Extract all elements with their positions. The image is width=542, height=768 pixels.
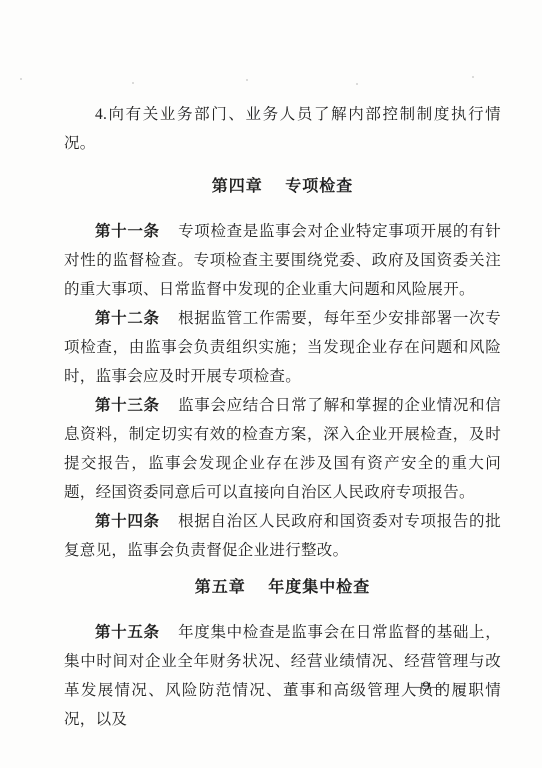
scan-speckle bbox=[246, 79, 248, 81]
article-label: 第十三条 bbox=[95, 397, 160, 414]
article-13-paragraph: 第十三条 监事会应结合日常了解和掌握的企业情况和信息资料，制定切实有效的检查方案… bbox=[64, 391, 501, 507]
chapter-title: 年度集中检查 bbox=[268, 579, 370, 596]
scanned-document-page: 4.向有关业务部门、业务人员了解内部控制制度执行情况。 第四章 专项检查 第十一… bbox=[0, 0, 542, 768]
article-label: 第十四条 bbox=[95, 513, 160, 530]
chapter-title: 专项检查 bbox=[285, 178, 353, 195]
article-label: 第十五条 bbox=[95, 624, 160, 641]
scan-speckle bbox=[472, 76, 474, 78]
article-11-paragraph: 第十一条 专项检查是监事会对企业特定事项开展的有针对性的监督检查。专项检查主要围… bbox=[64, 217, 501, 304]
article-12-paragraph: 第十二条 根据监管工作需要，每年至少安排部署一次专项检查，由监事会负责组织实施；… bbox=[64, 304, 501, 391]
numbered-list-item: 4.向有关业务部门、业务人员了解内部控制制度执行情况。 bbox=[64, 100, 501, 158]
page-number: —9— bbox=[408, 679, 444, 696]
chapter-4-heading: 第四章 专项检查 bbox=[64, 172, 501, 201]
chapter-number: 第五章 bbox=[195, 579, 246, 596]
chapter-number: 第四章 bbox=[212, 178, 263, 195]
document-body: 4.向有关业务部门、业务人员了解内部控制制度执行情况。 第四章 专项检查 第十一… bbox=[64, 100, 501, 734]
article-15-paragraph: 第十五条 年度集中检查是监事会在日常监督的基础上，集中时间对企业全年财务状况、经… bbox=[64, 618, 501, 734]
article-label: 第十二条 bbox=[95, 310, 160, 327]
article-label: 第十一条 bbox=[95, 223, 160, 240]
scan-speckle bbox=[20, 78, 22, 80]
list-item-text: 4.向有关业务部门、业务人员了解内部控制制度执行情况。 bbox=[64, 106, 501, 152]
article-14-paragraph: 第十四条 根据自治区人民政府和国资委对专项报告的批复意见，监事会负责督促企业进行… bbox=[64, 507, 501, 565]
scan-speckle bbox=[132, 82, 134, 84]
scan-speckle bbox=[356, 83, 358, 85]
chapter-5-heading: 第五章 年度集中检查 bbox=[64, 573, 501, 602]
